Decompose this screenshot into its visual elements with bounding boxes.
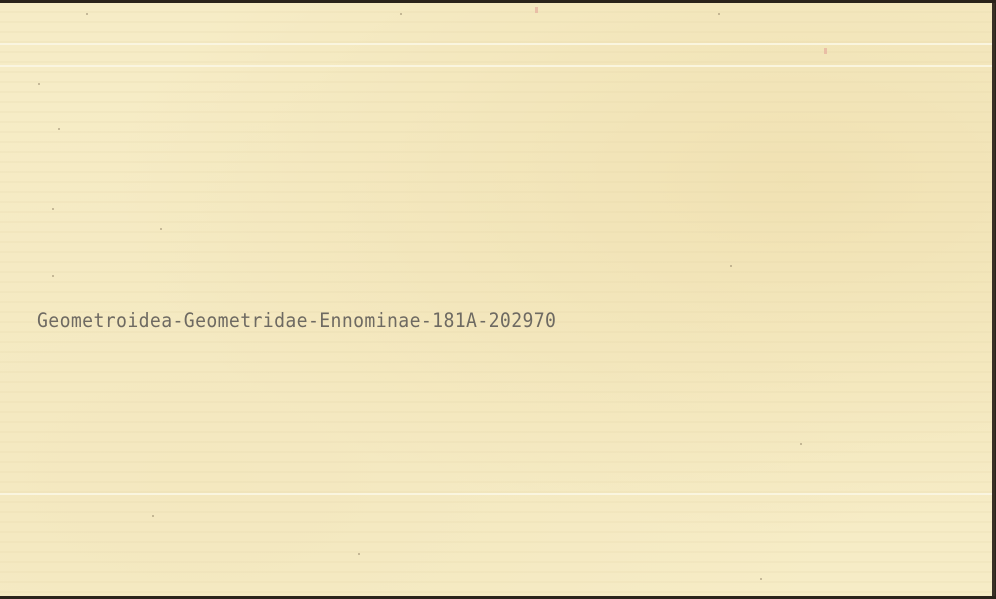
paper-speck <box>52 275 54 277</box>
paper-speck <box>730 265 732 267</box>
paper-speck <box>152 515 154 517</box>
index-card: Geometroidea-Geometridae-Ennominae-181A-… <box>0 3 995 596</box>
paper-speck <box>160 228 162 230</box>
paper-speck <box>52 208 54 210</box>
paper-speck <box>800 443 802 445</box>
classification-text: Geometroidea-Geometridae-Ennominae-181A-… <box>37 309 556 332</box>
paper-speck <box>38 83 40 85</box>
paper-speck <box>718 13 720 15</box>
paper-speck <box>86 13 88 15</box>
ruled-line <box>0 43 992 45</box>
paper-speck <box>58 128 60 130</box>
ruled-line <box>0 493 992 495</box>
paper-speck <box>400 13 402 15</box>
paper-speck <box>760 578 762 580</box>
paper-speck <box>358 553 360 555</box>
red-mark <box>824 48 827 54</box>
ruled-line <box>0 65 992 67</box>
red-mark <box>535 7 538 13</box>
